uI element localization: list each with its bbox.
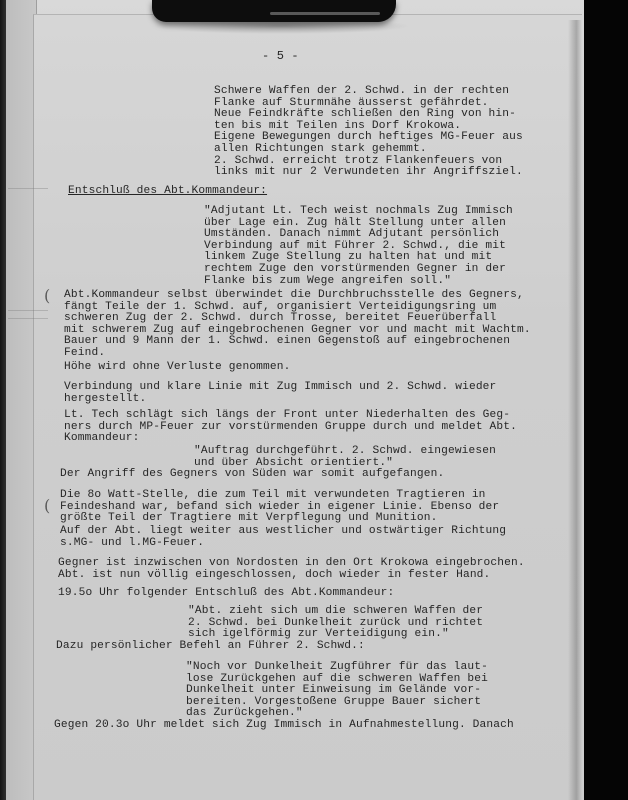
paragraph-personal-order: Dazu persönlicher Befehl an Führer 2. Sc… — [56, 641, 365, 653]
paragraph-enemy-krokowa: Gegner ist inzwischen von Nordosten in d… — [58, 558, 525, 581]
paragraph-watt-stelle: Die 8o Watt-Stelle, die zum Teil mit ver… — [60, 490, 499, 525]
page-number: - 5 - — [262, 51, 299, 63]
scan-right-border — [584, 0, 628, 800]
paragraph-height-taken: Höhe wird ohne Verluste genommen. — [64, 362, 291, 374]
paragraph-mg-fire: Auf der Abt. liegt weiter aus westlicher… — [60, 526, 506, 549]
quote-adjutant-order: "Adjutant Lt. Tech weist nochmals Zug Im… — [204, 206, 513, 287]
margin-mark: ( — [44, 286, 50, 305]
quote-report: "Auftrag durchgeführt. 2. Schwd. eingewi… — [194, 446, 496, 469]
paragraph-2030-report: Gegen 20.3o Uhr meldet sich Zug Immisch … — [54, 720, 514, 732]
ruled-line — [8, 188, 48, 189]
quote-withdrawal-order: "Abt. zieht sich um die schweren Waffen … — [188, 606, 483, 641]
paragraph-commander-action: Abt.Kommandeur selbst überwindet die Dur… — [64, 290, 531, 360]
binder-clip-highlight — [270, 12, 380, 15]
ruled-line — [8, 318, 48, 319]
heading-decision: Entschluß des Abt.Kommandeur: — [68, 186, 267, 198]
ruled-line — [8, 310, 48, 311]
paragraph-situation: Schwere Waffen der 2. Schwd. in der rech… — [214, 86, 523, 179]
binder-clip-icon — [152, 0, 396, 22]
paragraph-lt-tech: Lt. Tech schlägt sich längs der Front un… — [64, 410, 517, 445]
paragraph-1950-decision: 19.5o Uhr folgender Entschluß des Abt.Ko… — [58, 588, 394, 600]
paragraph-connection: Verbindung und klare Linie mit Zug Immis… — [64, 382, 496, 405]
paragraph-attack-stopped: Der Angriff des Gegners von Süden war so… — [60, 469, 444, 481]
margin-mark: ( — [44, 496, 50, 515]
quote-platoon-leader-order: "Noch vor Dunkelheit Zugführer für das l… — [186, 662, 488, 720]
page-fold-shadow — [568, 20, 582, 800]
